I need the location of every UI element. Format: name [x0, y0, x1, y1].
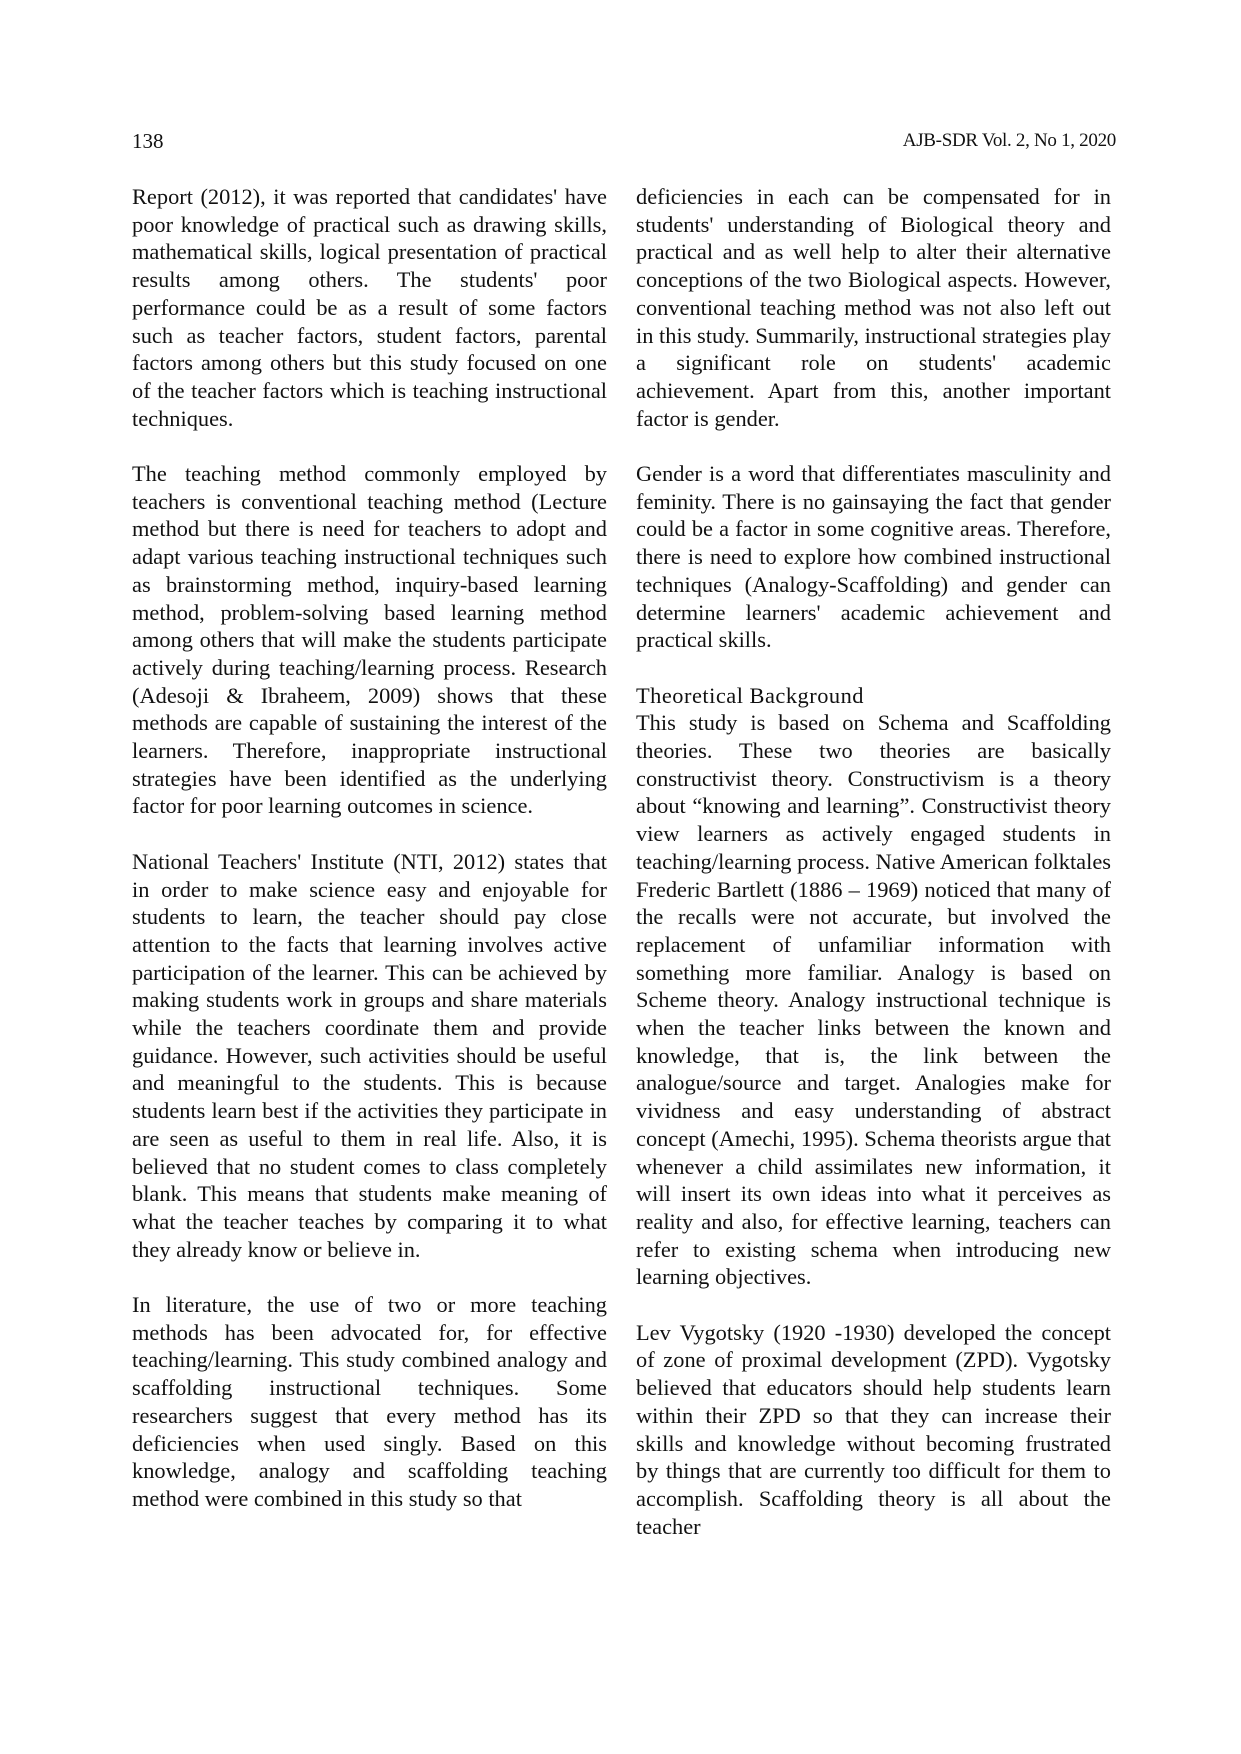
journal-reference: AJB-SDR Vol. 2, No 1, 2020 — [903, 126, 1116, 156]
paragraph-deficiencies: deficiencies in each can be compensated … — [636, 183, 1111, 432]
paragraph-report-2012: Report (2012), it was reported that cand… — [132, 183, 607, 432]
paragraph-literature: In literature, the use of two or more te… — [132, 1291, 607, 1513]
right-column: deficiencies in each can be compensated … — [636, 183, 1111, 1540]
paragraph-teaching-method: The teaching method commonly employed by… — [132, 460, 607, 820]
paragraph-nti: National Teachers' Institute (NTI, 2012)… — [132, 848, 607, 1264]
page-number: 138 — [132, 126, 164, 156]
left-column: Report (2012), it was reported that cand… — [132, 183, 607, 1513]
paragraph-vygotsky: Lev Vygotsky (1920 -1930) developed the … — [636, 1319, 1111, 1541]
paragraph-gender: Gender is a word that differentiates mas… — [636, 460, 1111, 654]
paragraph-schema-theory: This study is based on Schema and Scaffo… — [636, 709, 1111, 1291]
page-header: 138 AJB-SDR Vol. 2, No 1, 2020 — [132, 126, 1116, 156]
section-heading-theoretical-background: Theoretical Background — [636, 682, 1111, 710]
